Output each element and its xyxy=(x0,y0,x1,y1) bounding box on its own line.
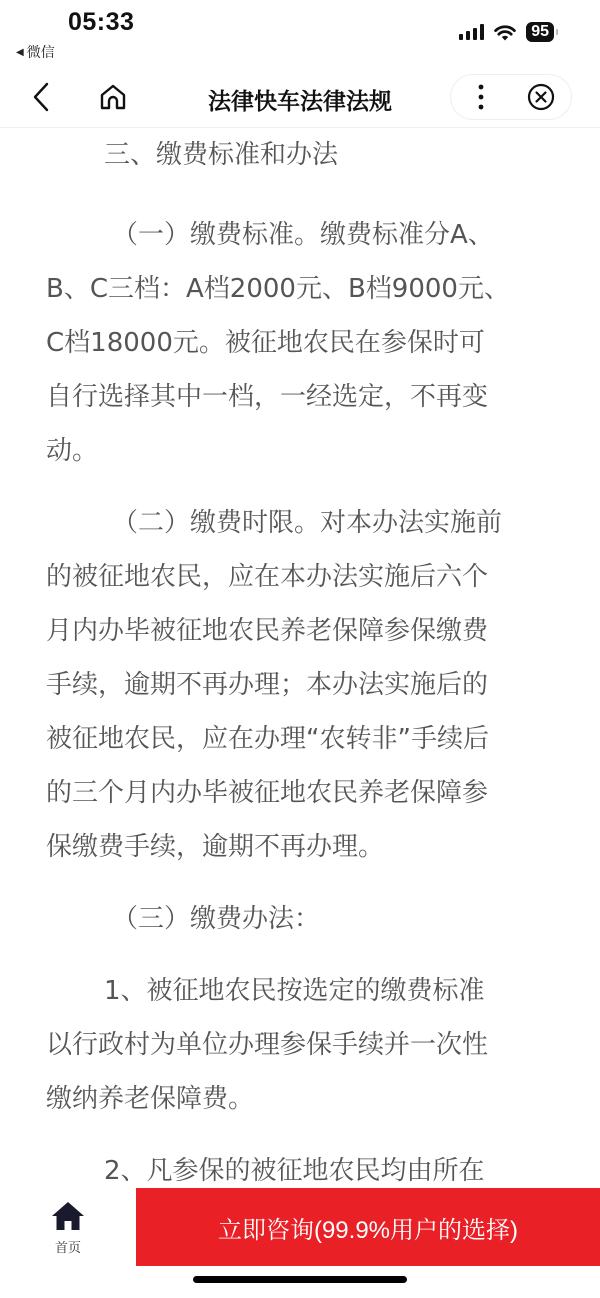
back-triangle-icon: ◀ xyxy=(16,47,24,58)
back-button[interactable] xyxy=(26,80,56,114)
status-time: 05:33 xyxy=(68,8,134,37)
more-button[interactable] xyxy=(451,75,511,119)
close-circle-icon xyxy=(527,83,555,111)
back-app-label: 微信 xyxy=(27,42,55,62)
tab-home[interactable]: 首页 xyxy=(0,1188,136,1268)
tab-home-label: 首页 xyxy=(55,1237,81,1256)
bottom-bar: 首页 立即咨询(99.9%用户的选择) xyxy=(0,1188,600,1268)
close-button[interactable] xyxy=(511,75,571,119)
consult-now-button[interactable]: 立即咨询(99.9%用户的选择) xyxy=(136,1188,600,1266)
paragraph-payment-deadline: （二）缴费时限。对本办法实施前 的被征地农民，应在本办法实施后六个 月内办毕被征… xyxy=(46,496,556,874)
cellular-signal-icon xyxy=(459,24,484,40)
chevron-left-icon xyxy=(32,82,50,112)
more-vertical-icon xyxy=(477,84,485,110)
status-bar: 05:33 ◀ 微信 95 xyxy=(0,0,600,64)
home-filled-icon xyxy=(51,1201,85,1231)
home-button[interactable] xyxy=(96,80,130,114)
page-title: 法律快车法律法规 xyxy=(150,83,450,116)
paragraph-method-item-1: 1、被征地农民按选定的缴费标准 以行政村为单位办理参保手续并一次性 缴纳养老保障… xyxy=(46,964,556,1126)
paragraph-payment-standard: （一）缴费标准。缴费标准分A、 B、C三档：A档2000元、B档9000元、 C… xyxy=(46,208,556,478)
nav-bar: 法律快车法律法规 xyxy=(0,64,600,128)
mini-program-capsule xyxy=(450,74,572,120)
battery-cap xyxy=(556,29,558,35)
back-to-wechat-link[interactable]: ◀ 微信 xyxy=(16,42,55,62)
wifi-icon xyxy=(494,24,516,41)
article-content: 三、缴费标准和办法 （一）缴费标准。缴费标准分A、 B、C三档：A档2000元、… xyxy=(46,128,556,1270)
home-icon xyxy=(99,83,127,111)
status-icons: 95 xyxy=(459,22,558,42)
home-indicator xyxy=(193,1276,407,1283)
battery-indicator: 95 xyxy=(526,22,558,42)
paragraph-payment-method-heading: （三）缴费办法： xyxy=(46,892,556,946)
section-heading: 三、缴费标准和办法 xyxy=(46,128,556,182)
battery-level: 95 xyxy=(526,22,554,42)
